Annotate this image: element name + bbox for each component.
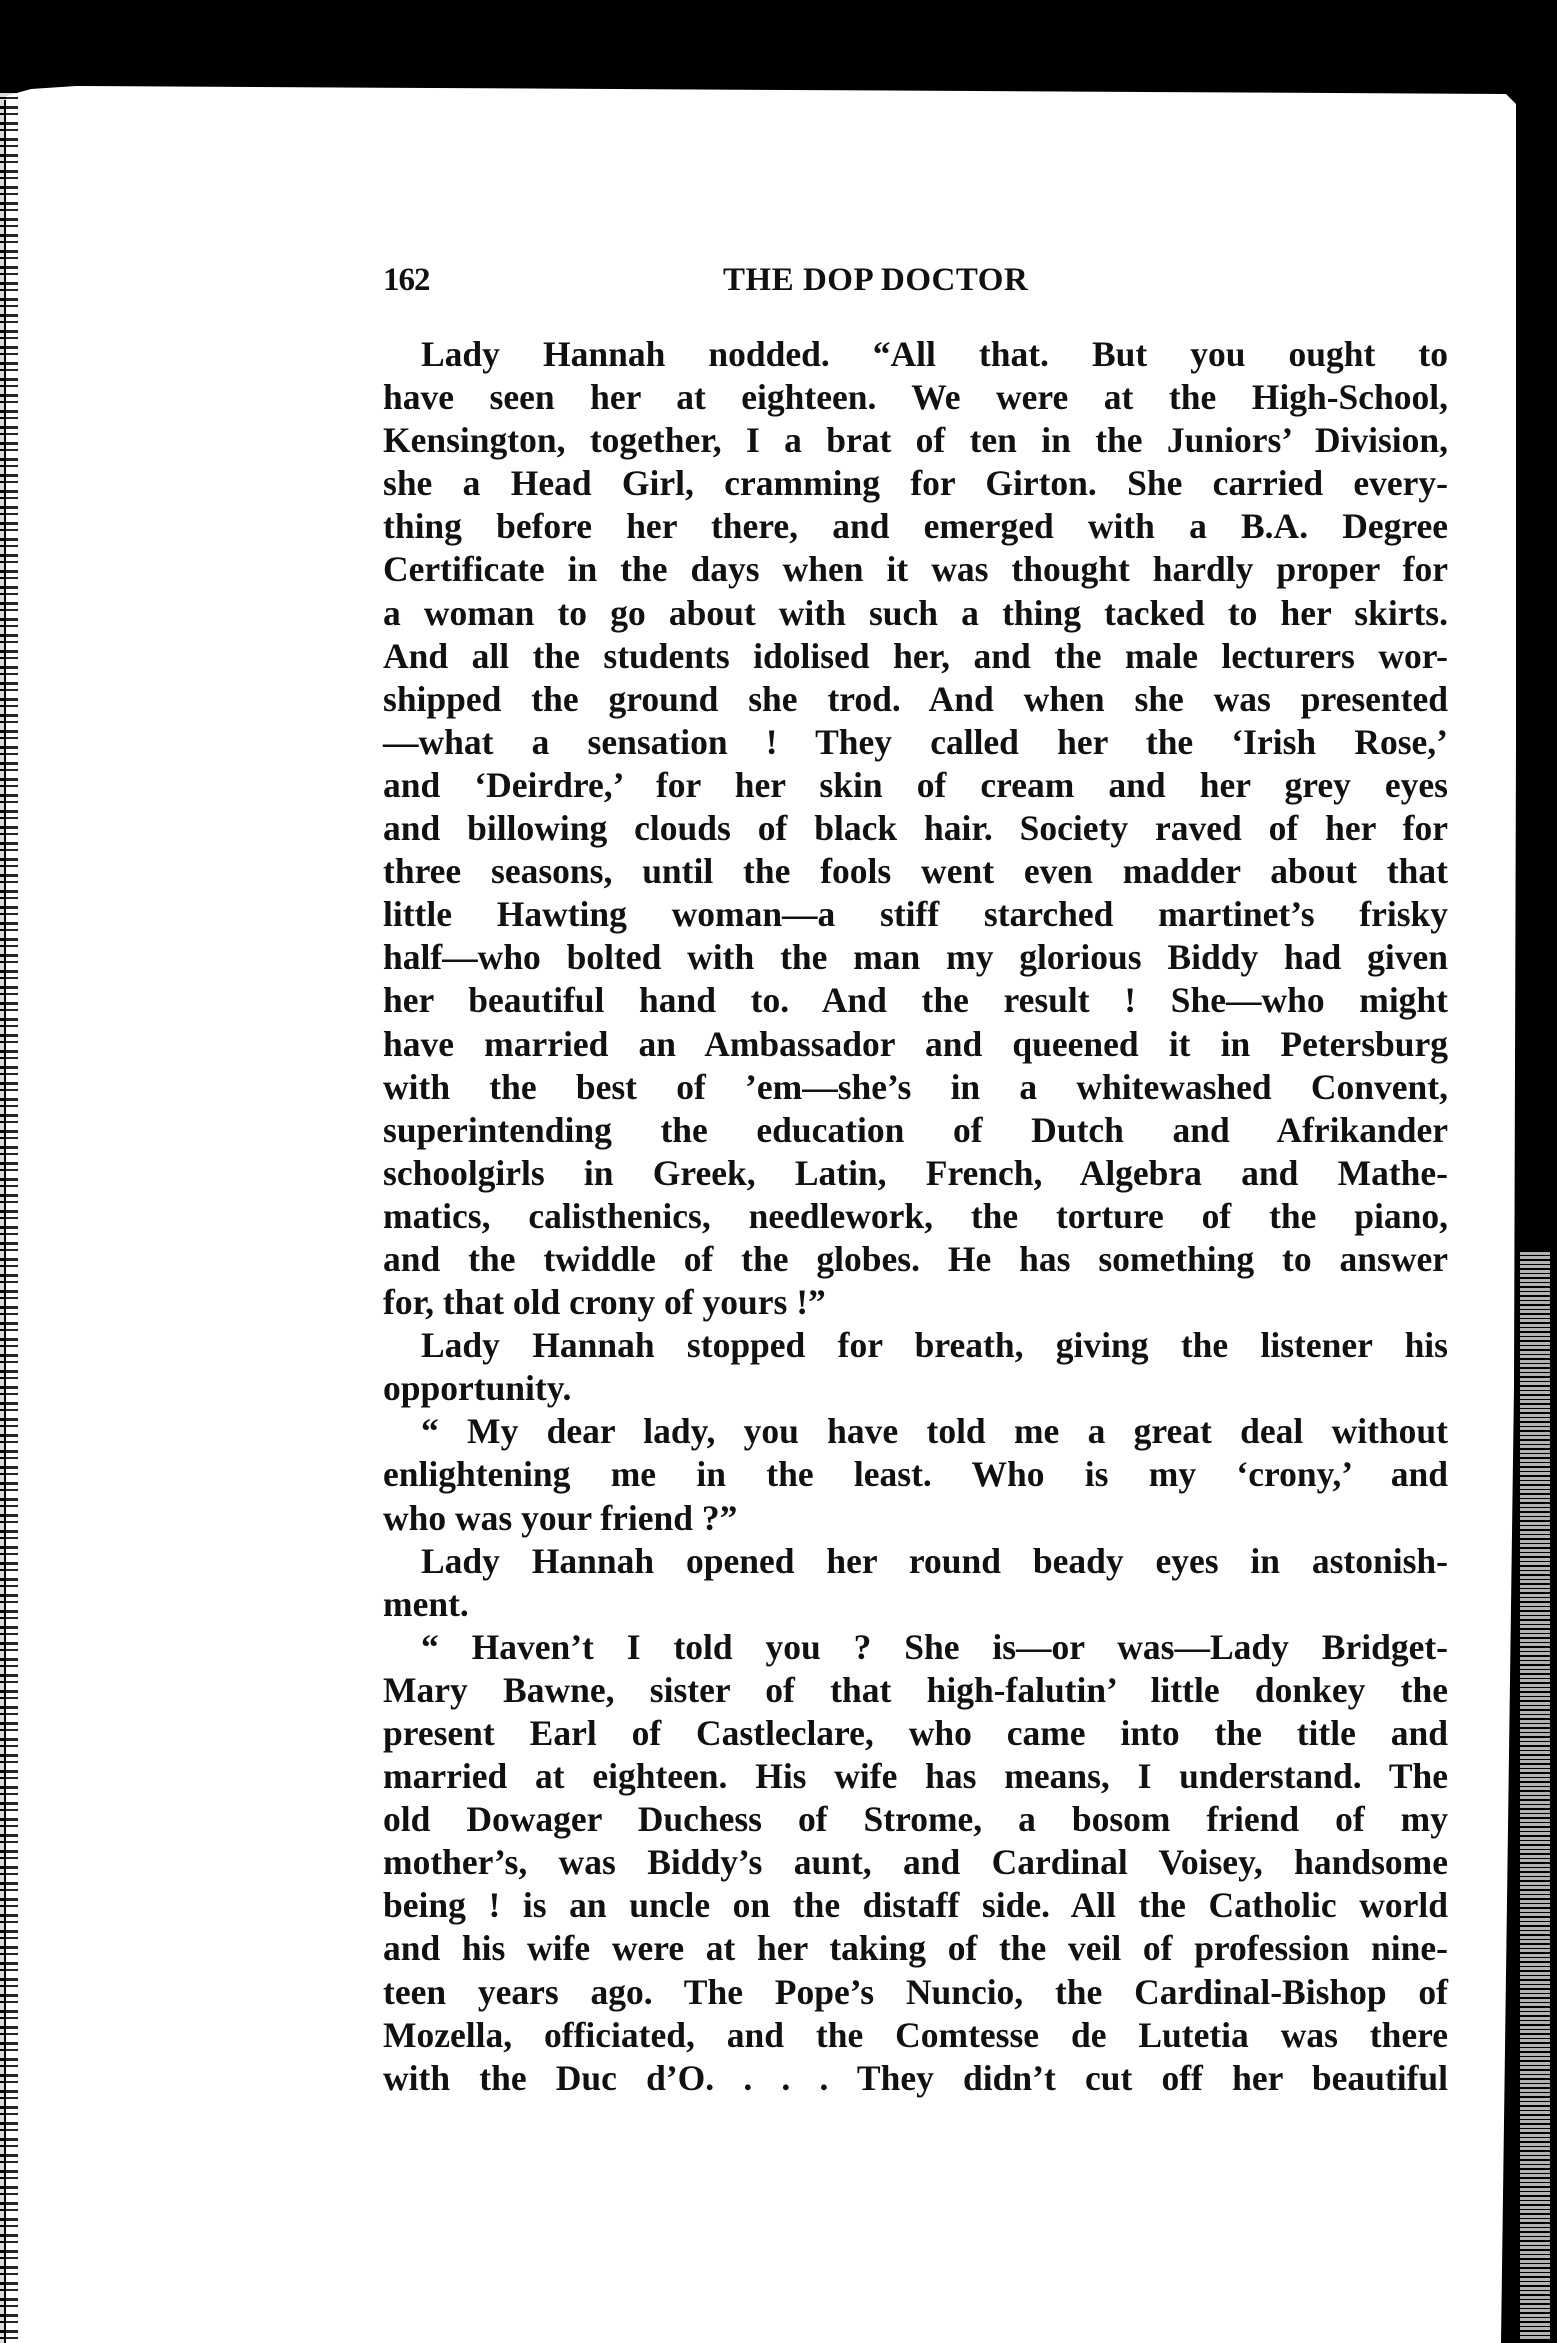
text-line: opportunity. bbox=[383, 1367, 1448, 1410]
text-line: present Earl of Castleclare, who came in… bbox=[383, 1712, 1448, 1755]
running-header: 162 THE DOP DOCTOR bbox=[383, 262, 1445, 302]
text-line: her beautiful hand to. And the result ! … bbox=[383, 979, 1448, 1022]
text-line: enlightening me in the least. Who is my … bbox=[383, 1453, 1448, 1496]
text-line: and ‘Deirdre,’ for her skin of cream and… bbox=[383, 764, 1448, 807]
text-line: Lady Hannah opened her round beady eyes … bbox=[383, 1540, 1448, 1583]
running-title: THE DOP DOCTOR bbox=[723, 262, 1028, 299]
text-line: superintending the education of Dutch an… bbox=[383, 1109, 1448, 1152]
text-line: Mozella, officiated, and the Comtesse de… bbox=[383, 2014, 1448, 2057]
scan-left-edge bbox=[0, 90, 18, 2343]
text-line: Mary Bawne, sister of that high-falutin’… bbox=[383, 1669, 1448, 1712]
page-gutter-line bbox=[4, 100, 6, 2343]
text-line: Kensington, together, I a brat of ten in… bbox=[383, 419, 1448, 462]
text-line: thing before her there, and emerged with… bbox=[383, 505, 1448, 548]
text-line: shipped the ground she trod. And when sh… bbox=[383, 678, 1448, 721]
text-line: old Dowager Duchess of Strome, a bosom f… bbox=[383, 1798, 1448, 1841]
text-line: have seen her at eighteen. We were at th… bbox=[383, 376, 1448, 419]
text-line: “ My dear lady, you have told me a great… bbox=[383, 1410, 1448, 1453]
text-line: three seasons, until the fools went even… bbox=[383, 850, 1448, 893]
text-line: and billowing clouds of black hair. Soci… bbox=[383, 807, 1448, 850]
scan-right-fringe bbox=[1520, 1250, 1550, 2340]
page-number: 162 bbox=[383, 262, 430, 299]
text-line: and his wife were at her taking of the v… bbox=[383, 1927, 1448, 1970]
text-line: have married an Ambassador and queened i… bbox=[383, 1023, 1448, 1066]
text-line: “ Haven’t I told you ? She is—or was—Lad… bbox=[383, 1626, 1448, 1669]
text-line: with the Duc d’O. . . . They didn’t cut … bbox=[383, 2057, 1448, 2100]
text-line: ment. bbox=[383, 1583, 1448, 1626]
text-line: with the best of ’em—she’s in a whitewas… bbox=[383, 1066, 1448, 1109]
text-line: Lady Hannah nodded. “All that. But you o… bbox=[383, 333, 1448, 376]
text-line: Lady Hannah stopped for breath, giving t… bbox=[383, 1324, 1448, 1367]
text-line: teen years ago. The Pope’s Nuncio, the C… bbox=[383, 1971, 1448, 2014]
text-line: for, that old crony of yours !” bbox=[383, 1281, 1448, 1324]
text-line: —what a sensation ! They called her the … bbox=[383, 721, 1448, 764]
text-line: who was your friend ?” bbox=[383, 1497, 1448, 1540]
text-line: And all the students idolised her, and t… bbox=[383, 635, 1448, 678]
text-line: married at eighteen. His wife has means,… bbox=[383, 1755, 1448, 1798]
text-line: half—who bolted with the man my glorious… bbox=[383, 936, 1448, 979]
text-line: a woman to go about with such a thing ta… bbox=[383, 592, 1448, 635]
scan-top-border bbox=[0, 0, 1557, 90]
text-line: schoolgirls in Greek, Latin, French, Alg… bbox=[383, 1152, 1448, 1195]
body-text: Lady Hannah nodded. “All that. But you o… bbox=[383, 333, 1448, 2100]
text-line: mother’s, was Biddy’s aunt, and Cardinal… bbox=[383, 1841, 1448, 1884]
text-line: being ! is an uncle on the distaff side.… bbox=[383, 1884, 1448, 1927]
text-line: matics, calisthenics, needlework, the to… bbox=[383, 1195, 1448, 1238]
text-line: Certificate in the days when it was thou… bbox=[383, 548, 1448, 591]
text-line: she a Head Girl, cramming for Girton. Sh… bbox=[383, 462, 1448, 505]
text-line: and the twiddle of the globes. He has so… bbox=[383, 1238, 1448, 1281]
text-line: little Hawting woman—a stiff starched ma… bbox=[383, 893, 1448, 936]
